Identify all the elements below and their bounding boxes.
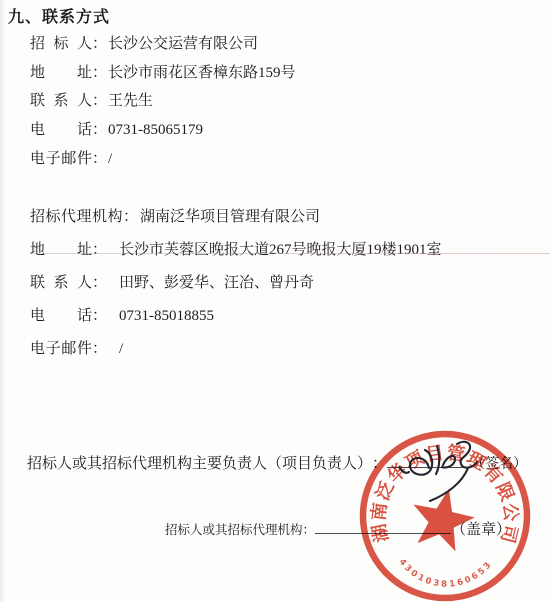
field-value: 长沙市雨花区香樟东路159号 <box>108 65 296 81</box>
colon: ： <box>92 148 107 170</box>
colon: ： <box>92 271 107 295</box>
bidder-row-phone: 电话：0731-85065179 <box>30 119 296 148</box>
field-label: 电话 <box>30 304 92 328</box>
colon: ： <box>92 33 107 55</box>
field-value: / <box>119 341 123 357</box>
bidder-row-email: 电子邮件：/ <box>30 148 296 177</box>
field-value: 王先生 <box>108 93 153 109</box>
field-value: / <box>108 151 112 167</box>
bidder-row-address: 地址：长沙市雨花区香樟东路159号 <box>30 62 296 91</box>
field-label: 电子邮件 <box>30 148 92 170</box>
colon: ： <box>92 62 107 84</box>
colon: ： <box>123 205 138 229</box>
agency-row-phone: 电话：0731-85018855 <box>30 304 442 337</box>
section-title: 九、联系方式 <box>8 4 110 27</box>
colon: ： <box>92 119 107 141</box>
field-label: 电话 <box>30 119 92 141</box>
colon: ： <box>92 337 107 361</box>
agency-row-name: 招标代理机构：湖南泛华项目管理有限公司 <box>30 205 442 238</box>
field-label: 招标人 <box>30 33 92 55</box>
bidder-row-name: 招标人：长沙公交运营有限公司 <box>30 33 296 62</box>
document-page: 九、联系方式 招标人：长沙公交运营有限公司 地址：长沙市雨花区香樟东路159号 … <box>0 0 550 602</box>
agency-row-address: 地址：长沙市芙蓉区晚报大道267号晚报大厦19楼1901室 <box>30 238 442 271</box>
signature-row-label: 招标人或其招标代理机构主要负责人（项目负责人） <box>27 456 372 472</box>
field-value: 长沙公交运营有限公司 <box>108 36 258 52</box>
agency-row-email: 电子邮件：/ <box>30 337 442 370</box>
field-value: 湖南泛华项目管理有限公司 <box>140 209 320 225</box>
field-value: 田野、彭爱华、汪冶、曾丹奇 <box>119 275 314 291</box>
field-label: 地址 <box>30 238 92 262</box>
handwritten-signature <box>396 436 486 508</box>
field-value: 长沙市芙蓉区晚报大道267号晚报大厦19楼1901室 <box>119 242 442 258</box>
agency-contact-block: 招标代理机构：湖南泛华项目管理有限公司 地址：长沙市芙蓉区晚报大道267号晚报大… <box>30 205 442 369</box>
colon: ： <box>92 90 107 112</box>
seal-row-label: 招标人或其招标代理机构 <box>165 523 303 537</box>
field-value: 0731-85065179 <box>108 122 203 138</box>
colon: ： <box>92 304 107 328</box>
field-label: 招标代理机构 <box>30 205 123 229</box>
scan-artifact-line <box>30 253 550 254</box>
bidder-row-contact-person: 联系人：王先生 <box>30 90 296 119</box>
seal-serial-number: 4301038160653 <box>397 557 495 590</box>
colon: ： <box>92 238 107 262</box>
field-label: 联系人 <box>30 90 92 112</box>
field-label: 地址 <box>30 62 92 84</box>
bidder-contact-block: 招标人：长沙公交运营有限公司 地址：长沙市雨花区香樟东路159号 联系人：王先生… <box>30 33 296 176</box>
field-label: 电子邮件 <box>30 337 92 361</box>
field-value: 0731-85018855 <box>119 308 214 324</box>
field-label: 联系人 <box>30 271 92 295</box>
colon: ： <box>303 520 316 538</box>
agency-row-contact-person: 联系人：田野、彭爱华、汪冶、曾丹奇 <box>30 271 442 304</box>
